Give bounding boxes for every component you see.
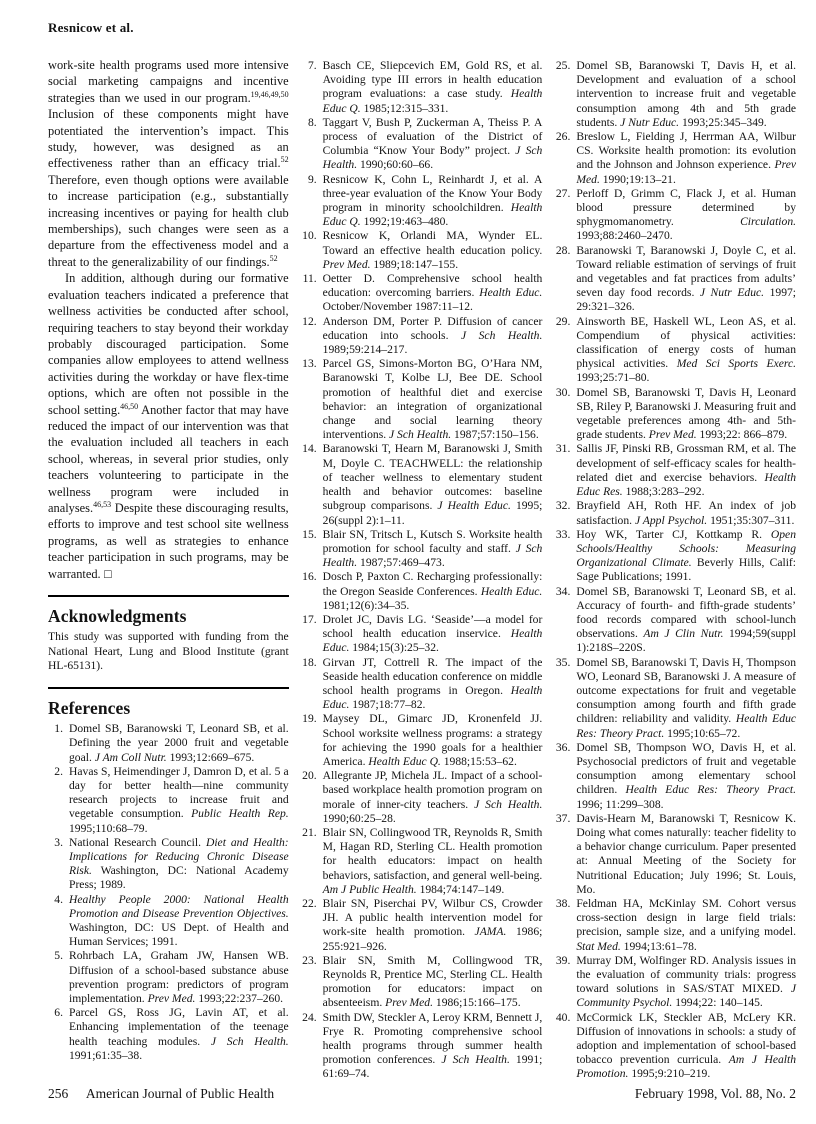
reference-item: 5.Rohrbach LA, Graham JW, Hansen WB. Dif…	[48, 949, 289, 1006]
reference-number: 25.	[555, 59, 576, 130]
reference-text: Drolet JC, Davis LG. ‘Seaside’—a model f…	[323, 613, 543, 656]
reference-text: Taggart V, Bush P, Zuckerman A, Theiss P…	[323, 116, 543, 173]
reference-item: 27.Perloff D, Grimm C, Flack J, et al. H…	[555, 187, 796, 244]
reference-item: 26.Breslow L, Fielding J, Herrman AA, Wi…	[555, 130, 796, 187]
reference-text: Domel SB, Thompson WO, Davis H, et al. P…	[576, 741, 796, 812]
reference-text: Murray DM, Wolfinger RD. Analysis issues…	[576, 954, 796, 1011]
column-1: work-site health programs used more inte…	[48, 57, 289, 1063]
reference-number: 4.	[48, 893, 69, 950]
reference-item: 22.Blair SN, Piserchai PV, Wilbur CS, Cr…	[302, 897, 543, 954]
reference-text: Oetter D. Comprehensive school health ed…	[323, 272, 543, 315]
page-number: 256	[48, 1086, 68, 1101]
acknowledgments-text: This study was supported with funding fr…	[48, 630, 289, 674]
reference-text: Breslow L, Fielding J, Herrman AA, Wilbu…	[576, 130, 796, 187]
reference-number: 38.	[555, 897, 576, 954]
reference-number: 24.	[302, 1011, 323, 1082]
reference-text: Ainsworth BE, Haskell WL, Leon AS, et al…	[576, 315, 796, 386]
reference-item: 10.Resnicow K, Orlandi MA, Wynder EL. To…	[302, 229, 543, 272]
reference-text: Resnicow K, Orlandi MA, Wynder EL. Towar…	[323, 229, 543, 272]
reference-text: Feldman HA, McKinlay SM. Cohort versus c…	[576, 897, 796, 954]
reference-item: 17.Drolet JC, Davis LG. ‘Seaside’—a mode…	[302, 613, 543, 656]
reference-number: 26.	[555, 130, 576, 187]
reference-item: 18.Girvan JT, Cottrell R. The impact of …	[302, 656, 543, 713]
reference-number: 10.	[302, 229, 323, 272]
reference-item: 3.National Research Council. Diet and He…	[48, 836, 289, 893]
reference-number: 34.	[555, 585, 576, 656]
reference-text: Havas S, Heimendinger J, Damron D, et al…	[69, 765, 289, 836]
reference-number: 12.	[302, 315, 323, 358]
reference-text: Domel SB, Baranowski T, Davis H, Leonard…	[576, 386, 796, 443]
reference-text: Domel SB, Baranowski T, Leonard SB, et a…	[69, 722, 289, 765]
acknowledgments-heading: Acknowledgments	[48, 606, 289, 626]
reference-number: 16.	[302, 570, 323, 613]
page-footer: 256 American Journal of Public Health Fe…	[48, 1086, 796, 1102]
reference-number: 6.	[48, 1006, 69, 1063]
reference-item: 32.Brayfield AH, Roth HF. An index of jo…	[555, 499, 796, 527]
reference-text: Anderson DM, Porter P. Diffusion of canc…	[323, 315, 543, 358]
reference-text: McCormick LK, Steckler AB, McLery KR. Di…	[576, 1011, 796, 1082]
reference-text: Baranowski T, Hearn M, Baranowski J, Smi…	[323, 442, 543, 527]
reference-item: 28.Baranowski T, Baranowski J, Doyle C, …	[555, 244, 796, 315]
reference-number: 2.	[48, 765, 69, 836]
reference-item: 8.Taggart V, Bush P, Zuckerman A, Theiss…	[302, 116, 543, 173]
references-list-col3: 25.Domel SB, Baranowski T, Davis H, et a…	[555, 59, 796, 1082]
reference-text: Smith DW, Steckler A, Leroy KRM, Bennett…	[323, 1011, 543, 1082]
reference-number: 1.	[48, 722, 69, 765]
reference-text: Parcel GS, Simons-Morton BG, O’Hara NM, …	[323, 357, 543, 442]
reference-item: 40.McCormick LK, Steckler AB, McLery KR.…	[555, 1011, 796, 1082]
reference-number: 7.	[302, 59, 323, 116]
reference-item: 35.Domel SB, Baranowski T, Davis H, Thom…	[555, 656, 796, 741]
reference-text: Hoy WK, Tarter CJ, Kottkamp R. Open Scho…	[576, 528, 796, 585]
reference-item: 25.Domel SB, Baranowski T, Davis H, et a…	[555, 59, 796, 130]
reference-item: 7.Basch CE, Sliepcevich EM, Gold RS, et …	[302, 59, 543, 116]
column-3: 25.Domel SB, Baranowski T, Davis H, et a…	[555, 57, 796, 1082]
body-text: work-site health programs used more inte…	[48, 57, 289, 582]
reference-item: 29.Ainsworth BE, Haskell WL, Leon AS, et…	[555, 315, 796, 386]
reference-text: Dosch P, Paxton C. Recharging profession…	[323, 570, 543, 613]
section-rule-references	[48, 687, 289, 689]
reference-number: 5.	[48, 949, 69, 1006]
reference-item: 2.Havas S, Heimendinger J, Damron D, et …	[48, 765, 289, 836]
reference-number: 35.	[555, 656, 576, 741]
reference-text: Blair SN, Collingwood TR, Reynolds R, Sm…	[323, 826, 543, 897]
reference-text: Resnicow K, Cohn L, Reinhardt J, et al. …	[323, 173, 543, 230]
page-columns: work-site health programs used more inte…	[48, 57, 796, 1082]
reference-number: 27.	[555, 187, 576, 244]
references-list-col2: 7.Basch CE, Sliepcevich EM, Gold RS, et …	[302, 59, 543, 1082]
reference-number: 21.	[302, 826, 323, 897]
reference-text: Brayfield AH, Roth HF. An index of job s…	[576, 499, 796, 527]
reference-item: 1.Domel SB, Baranowski T, Leonard SB, et…	[48, 722, 289, 765]
issue-info: February 1998, Vol. 88, No. 2	[635, 1086, 796, 1102]
reference-number: 37.	[555, 812, 576, 897]
reference-item: 16.Dosch P, Paxton C. Recharging profess…	[302, 570, 543, 613]
reference-item: 38.Feldman HA, McKinlay SM. Cohort versu…	[555, 897, 796, 954]
section-rule-acknowledgments	[48, 595, 289, 597]
running-head: Resnicow et al.	[48, 20, 796, 36]
reference-item: 6.Parcel GS, Ross JG, Lavin AT, et al. E…	[48, 1006, 289, 1063]
reference-number: 11.	[302, 272, 323, 315]
reference-text: Domel SB, Baranowski T, Davis H, et al. …	[576, 59, 796, 130]
reference-number: 9.	[302, 173, 323, 230]
reference-number: 19.	[302, 712, 323, 769]
footer-left: 256 American Journal of Public Health	[48, 1086, 274, 1102]
reference-text: National Research Council. Diet and Heal…	[69, 836, 289, 893]
reference-item: 13.Parcel GS, Simons-Morton BG, O’Hara N…	[302, 357, 543, 442]
reference-text: Girvan JT, Cottrell R. The impact of the…	[323, 656, 543, 713]
reference-item: 39.Murray DM, Wolfinger RD. Analysis iss…	[555, 954, 796, 1011]
body-paragraph: In addition, although during our formati…	[48, 270, 289, 582]
reference-text: Sallis JF, Pinski RB, Grossman RM, et al…	[576, 442, 796, 499]
reference-text: Blair SN, Smith M, Collingwood TR, Reyno…	[323, 954, 543, 1011]
reference-number: 3.	[48, 836, 69, 893]
journal-name: American Journal of Public Health	[86, 1086, 274, 1101]
reference-number: 15.	[302, 528, 323, 571]
reference-item: 33.Hoy WK, Tarter CJ, Kottkamp R. Open S…	[555, 528, 796, 585]
reference-number: 20.	[302, 769, 323, 826]
reference-item: 4.Healthy People 2000: National Health P…	[48, 893, 289, 950]
reference-text: Baranowski T, Baranowski J, Doyle C, et …	[576, 244, 796, 315]
reference-item: 31.Sallis JF, Pinski RB, Grossman RM, et…	[555, 442, 796, 499]
reference-number: 22.	[302, 897, 323, 954]
reference-text: Parcel GS, Ross JG, Lavin AT, et al. Enh…	[69, 1006, 289, 1063]
reference-number: 32.	[555, 499, 576, 527]
reference-number: 39.	[555, 954, 576, 1011]
reference-item: 19.Maysey DL, Gimarc JD, Kronenfeld JJ. …	[302, 712, 543, 769]
reference-item: 23.Blair SN, Smith M, Collingwood TR, Re…	[302, 954, 543, 1011]
reference-number: 14.	[302, 442, 323, 527]
reference-number: 23.	[302, 954, 323, 1011]
reference-number: 36.	[555, 741, 576, 812]
reference-number: 30.	[555, 386, 576, 443]
reference-text: Domel SB, Baranowski T, Davis H, Thompso…	[576, 656, 796, 741]
reference-item: 12.Anderson DM, Porter P. Diffusion of c…	[302, 315, 543, 358]
reference-text: Rohrbach LA, Graham JW, Hansen WB. Diffu…	[69, 949, 289, 1006]
reference-item: 24.Smith DW, Steckler A, Leroy KRM, Benn…	[302, 1011, 543, 1082]
reference-item: 9.Resnicow K, Cohn L, Reinhardt J, et al…	[302, 173, 543, 230]
references-list-col1: 1.Domel SB, Baranowski T, Leonard SB, et…	[48, 722, 289, 1063]
reference-item: 21.Blair SN, Collingwood TR, Reynolds R,…	[302, 826, 543, 897]
reference-text: Healthy People 2000: National Health Pro…	[69, 893, 289, 950]
reference-item: 30.Domel SB, Baranowski T, Davis H, Leon…	[555, 386, 796, 443]
reference-text: Maysey DL, Gimarc JD, Kronenfeld JJ. Sch…	[323, 712, 543, 769]
reference-number: 31.	[555, 442, 576, 499]
reference-item: 14.Baranowski T, Hearn M, Baranowski J, …	[302, 442, 543, 527]
reference-text: Domel SB, Baranowski T, Leonard SB, et a…	[576, 585, 796, 656]
reference-text: Allegrante JP, Michela JL. Impact of a s…	[323, 769, 543, 826]
reference-text: Blair SN, Tritsch L, Kutsch S. Worksite …	[323, 528, 543, 571]
reference-number: 13.	[302, 357, 323, 442]
reference-number: 8.	[302, 116, 323, 173]
column-2: 7.Basch CE, Sliepcevich EM, Gold RS, et …	[302, 57, 543, 1082]
reference-text: Davis-Hearn M, Baranowski T, Resnicow K.…	[576, 812, 796, 897]
reference-item: 36.Domel SB, Thompson WO, Davis H, et al…	[555, 741, 796, 812]
body-paragraph: work-site health programs used more inte…	[48, 57, 289, 270]
reference-item: 20.Allegrante JP, Michela JL. Impact of …	[302, 769, 543, 826]
reference-item: 37.Davis-Hearn M, Baranowski T, Resnicow…	[555, 812, 796, 897]
reference-item: 11.Oetter D. Comprehensive school health…	[302, 272, 543, 315]
reference-text: Basch CE, Sliepcevich EM, Gold RS, et al…	[323, 59, 543, 116]
reference-item: 34.Domel SB, Baranowski T, Leonard SB, e…	[555, 585, 796, 656]
references-heading: References	[48, 698, 289, 718]
reference-number: 17.	[302, 613, 323, 656]
reference-text: Blair SN, Piserchai PV, Wilbur CS, Crowd…	[323, 897, 543, 954]
reference-number: 18.	[302, 656, 323, 713]
reference-number: 28.	[555, 244, 576, 315]
reference-item: 15.Blair SN, Tritsch L, Kutsch S. Worksi…	[302, 528, 543, 571]
journal-page: Resnicow et al. work-site health program…	[0, 0, 816, 1124]
reference-number: 29.	[555, 315, 576, 386]
reference-text: Perloff D, Grimm C, Flack J, et al. Huma…	[576, 187, 796, 244]
reference-number: 33.	[555, 528, 576, 585]
reference-number: 40.	[555, 1011, 576, 1082]
